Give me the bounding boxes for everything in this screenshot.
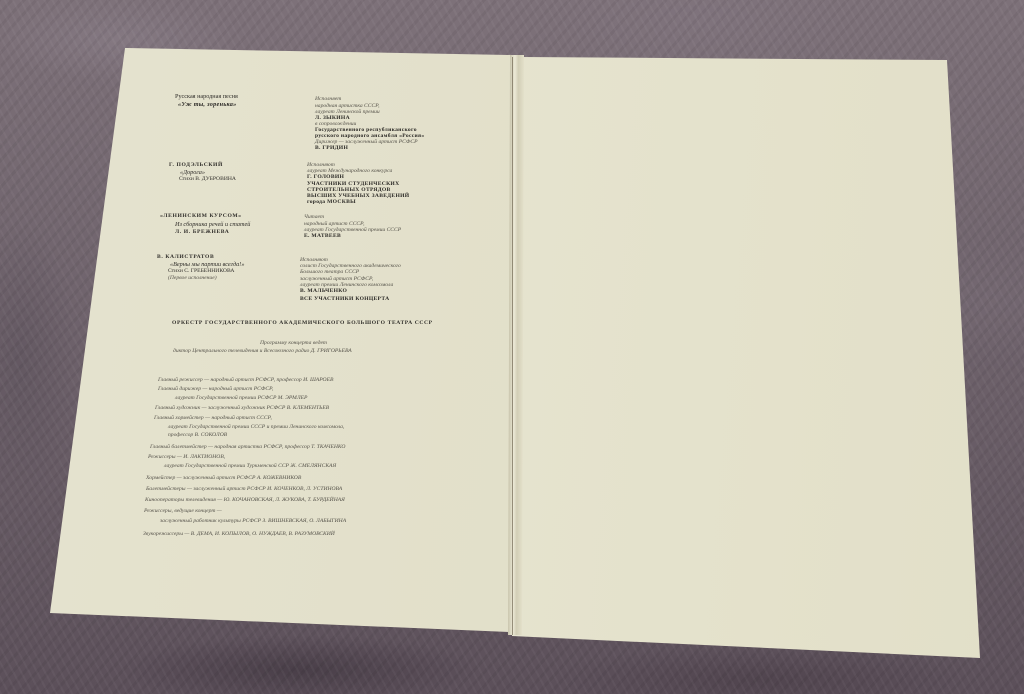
credit-line: Режиссеры, ведущие концерт — [144, 508, 222, 515]
performer-name: Е. МАТВЕЕВ [304, 233, 341, 240]
performer-name: В. ГРИДИН [315, 145, 348, 152]
credit-line: Звукорежиссеры — В. ДЕМА, И. КОПЫЛОВ, О.… [143, 531, 335, 538]
composer-name: Г. ПОДЭЛЬСКИЙ [169, 162, 223, 169]
credit-line: Главный балетмейстер — народная артистка… [150, 444, 345, 451]
orchestra-heading: ОРКЕСТР ГОСУДАРСТВЕННОГО АКАДЕМИЧЕСКОГО … [172, 320, 433, 327]
credit-line: профессор В. СОКОЛОВ [168, 432, 227, 439]
work-title: «ЛЕНИНСКИМ КУРСОМ» [160, 213, 242, 220]
credit-line: Балетмейстеры — заслуженный артист РСФСР… [146, 486, 342, 493]
performer-name: Г. ГОЛОВИН [307, 174, 344, 181]
credit-line: Хормейстер — заслуженный артист РСФСР А.… [146, 475, 301, 482]
credit-line: Главный дирижер — народный артист РСФСР, [158, 386, 273, 393]
credit-line: лауреат Государственной премии РСФСР М. … [175, 395, 307, 402]
credit-line: Главный режиссер — народный артист РСФСР… [158, 377, 333, 384]
song-title-line: «Дорога» [180, 169, 205, 176]
performer-line: Большого театра СССР [300, 269, 359, 276]
host-line: Программу концерта ведет [260, 340, 327, 347]
credit-line: лауреат Государственной премии СССР и пр… [168, 424, 344, 431]
credit-line: лауреат Государственной премии Туркменск… [164, 463, 336, 470]
work-source: Из сборника речей и статей [175, 221, 250, 228]
performer-name: города МОСКВЫ [307, 199, 356, 206]
song-title-line: «Уж ты, зоренька» [178, 101, 237, 108]
lyricist-line: Стихи С. ГРЕБЕННИКОВА [168, 268, 234, 275]
credit-line: Главный художник — заслуженный художник … [155, 405, 329, 412]
performer-line: Исполняет [315, 96, 341, 103]
author-name: Л. И. БРЕЖНЕВА [175, 229, 229, 236]
all-participants: ВСЕ УЧАСТНИКИ КОНЦЕРТА [300, 296, 389, 303]
lyricist-line: Стихи В. ДУБРОВИНА [179, 176, 236, 183]
song-title-line: Русская народная песня [175, 93, 238, 100]
credit-line: Режиссеры — И. ЛАКТИОНОВ, [148, 454, 225, 461]
program-text: Русская народная песня «Уж ты, зоренька»… [0, 0, 1024, 694]
song-title-line: «Верны мы партии всегда!» [170, 261, 244, 268]
performer-line: Читает [304, 214, 324, 221]
credit-line: Главный хормейстер — народный артист ССС… [154, 415, 272, 422]
premiere-note: (Первое исполнение) [168, 275, 217, 282]
composer-name: В. КАЛИСТРАТОВ [157, 254, 214, 261]
host-line: диктор Центрального телевидения и Всесою… [173, 348, 352, 355]
credit-line: заслуженный работник культуры РСФСР З. В… [160, 518, 346, 525]
performer-name: В. МАЛЬЧЕНКО [300, 288, 347, 295]
credit-line: Кинооператоры телевидения — Ю. КОЧАНОВСК… [145, 497, 345, 504]
